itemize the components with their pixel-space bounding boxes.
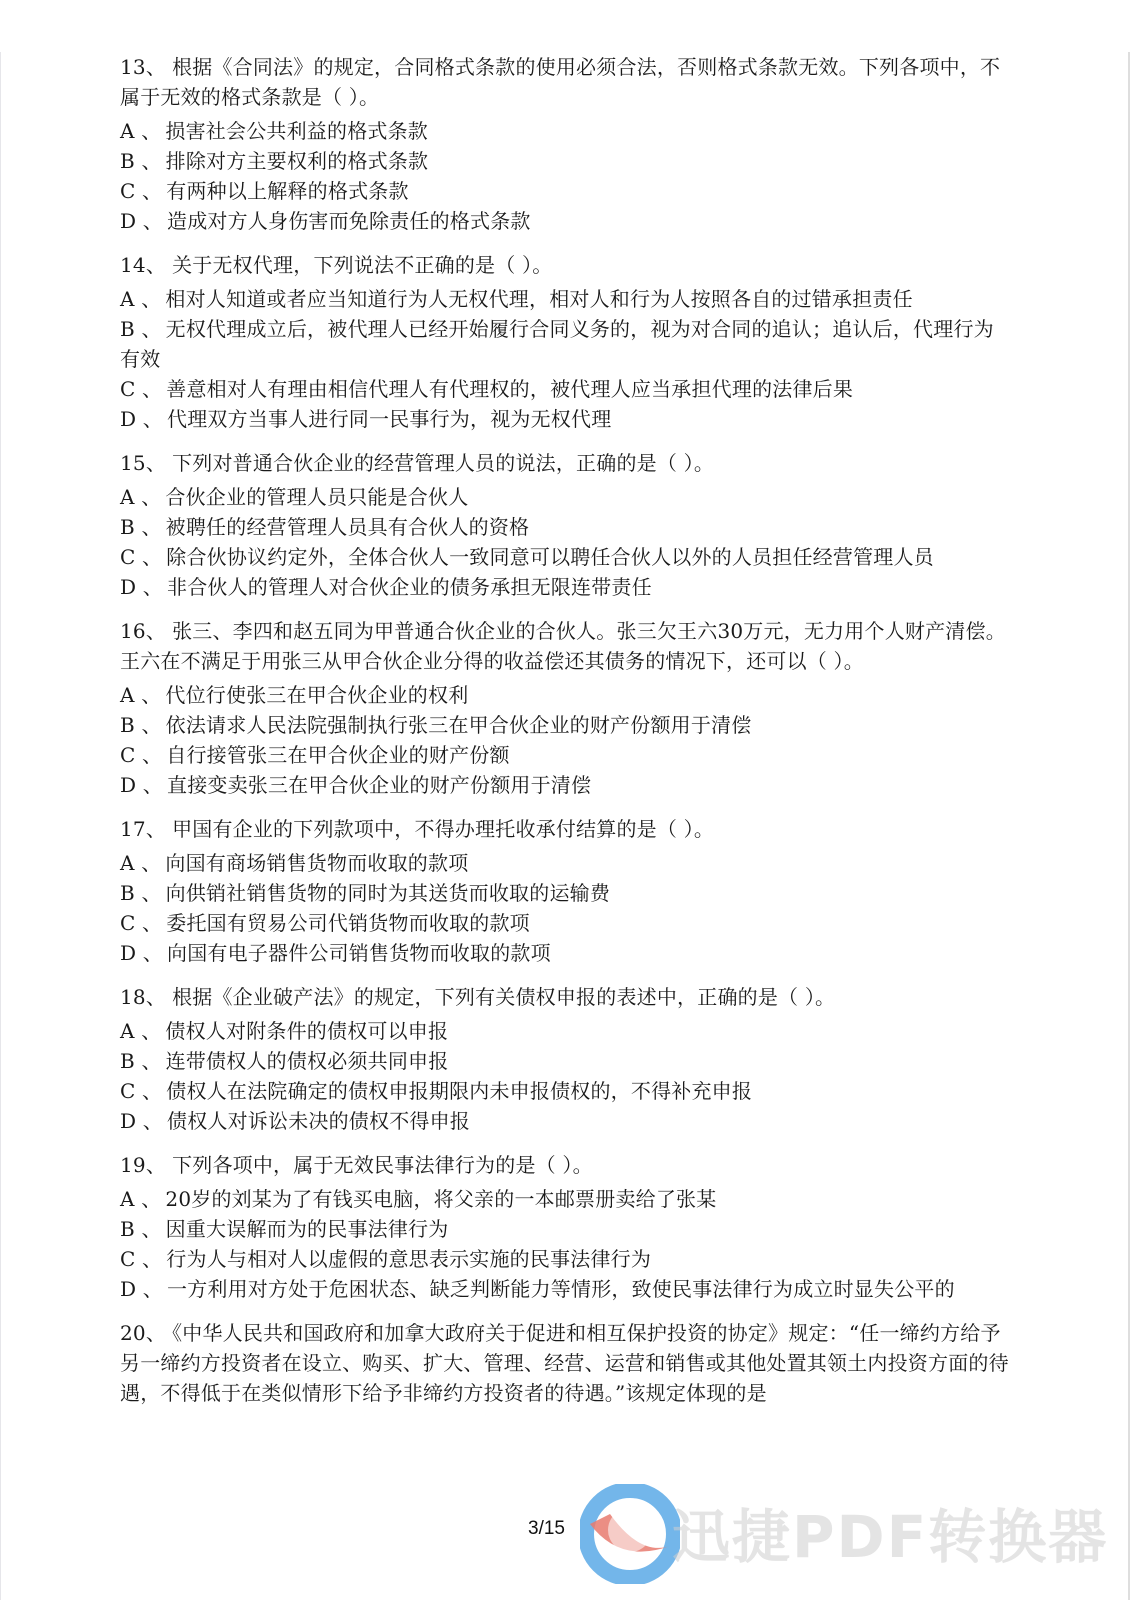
- option-letter: C 、: [120, 908, 162, 938]
- option-text: 相对人知道或者应当知道行为人无权代理，相对人和行为人按照各自的过错承担责任: [165, 287, 912, 311]
- option-letter: D 、: [120, 770, 163, 800]
- option-text: 代位行使张三在甲合伙企业的权利: [165, 683, 468, 707]
- question-number: 13、: [120, 55, 166, 79]
- option-letter: A 、: [120, 116, 161, 146]
- option-letter: B 、: [120, 710, 162, 740]
- question-number: 17、: [120, 817, 166, 841]
- option-letter: D 、: [120, 1274, 163, 1304]
- question-17: 17、甲国有企业的下列款项中，不得办理托收承付结算的是（ ）。 A 、向国有商场…: [120, 814, 1010, 968]
- watermark-text: 迅捷PDF转换器: [672, 1490, 1108, 1574]
- option-b: B 、因重大误解而为的民事法律行为: [120, 1214, 1010, 1244]
- option-letter: D 、: [120, 206, 163, 236]
- option-a: A 、合伙企业的管理人员只能是合伙人: [120, 482, 1010, 512]
- option-b: B 、排除对方主要权利的格式条款: [120, 146, 1010, 176]
- option-letter: C 、: [120, 1244, 162, 1274]
- option-d: D 、直接变卖张三在甲合伙企业的财产份额用于清偿: [120, 770, 1010, 800]
- option-text: 向供销社销售货物的同时为其送货而收取的运输费: [166, 881, 610, 905]
- option-text: 因重大误解而为的民事法律行为: [166, 1217, 449, 1241]
- option-letter: B 、: [120, 314, 162, 344]
- question-20: 20、《中华人民共和国政府和加拿大政府关于促进和相互保护投资的协定》规定：“任一…: [120, 1318, 1010, 1408]
- question-19: 19、下列各项中，属于无效民事法律行为的是（ ）。 A 、20岁的刘某为了有钱买…: [120, 1150, 1010, 1304]
- question-text: 根据《企业破产法》的规定，下列有关债权申报的表述中，正确的是（ ）。: [172, 985, 835, 1009]
- question-stem: 13、根据《合同法》的规定，合同格式条款的使用必须合法，否则格式条款无效。下列各…: [120, 52, 1010, 112]
- question-text: 关于无权代理，下列说法不正确的是（ ）。: [172, 253, 552, 277]
- question-text: 下列对普通合伙企业的经营管理人员的说法，正确的是（ ）。: [172, 451, 714, 475]
- option-text: 债权人对附条件的债权可以申报: [165, 1019, 448, 1043]
- option-text: 除合伙协议约定外，全体合伙人一致同意可以聘任合伙人以外的人员担任经营管理人员: [166, 545, 934, 569]
- question-number: 16、: [120, 619, 166, 643]
- question-stem: 20、《中华人民共和国政府和加拿大政府关于促进和相互保护投资的协定》规定：“任一…: [120, 1318, 1010, 1408]
- option-text: 合伙企业的管理人员只能是合伙人: [165, 485, 468, 509]
- option-text: 被聘任的经营管理人员具有合伙人的资格: [166, 515, 530, 539]
- option-d: D 、向国有电子器件公司销售货物而收取的款项: [120, 938, 1010, 968]
- option-text: 向国有商场销售货物而收取的款项: [165, 851, 468, 875]
- converter-logo-icon: [580, 1484, 680, 1584]
- option-a: A 、代位行使张三在甲合伙企业的权利: [120, 680, 1010, 710]
- option-b: B 、被聘任的经营管理人员具有合伙人的资格: [120, 512, 1010, 542]
- question-text: 张三、李四和赵五同为甲普通合伙企业的合伙人。张三欠王六30万元，无力用个人财产清…: [120, 619, 1006, 673]
- option-letter: D 、: [120, 572, 163, 602]
- option-c: C 、善意相对人有理由相信代理人有代理权的，被代理人应当承担代理的法律后果: [120, 374, 1010, 404]
- option-text: 向国有电子器件公司销售货物而收取的款项: [167, 941, 551, 965]
- question-stem: 15、下列对普通合伙企业的经营管理人员的说法，正确的是（ ）。: [120, 448, 1010, 478]
- option-a: A 、向国有商场销售货物而收取的款项: [120, 848, 1010, 878]
- option-text: 20岁的刘某为了有钱买电脑，将父亲的一本邮票册卖给了张某: [165, 1187, 716, 1211]
- option-c: C 、行为人与相对人以虚假的意思表示实施的民事法律行为: [120, 1244, 1010, 1274]
- question-stem: 16、张三、李四和赵五同为甲普通合伙企业的合伙人。张三欠王六30万元，无力用个人…: [120, 616, 1010, 676]
- option-text: 一方利用对方处于危困状态、缺乏判断能力等情形，致使民事法律行为成立时显失公平的: [167, 1277, 955, 1301]
- option-text: 债权人对诉讼未决的债权不得申报: [167, 1109, 470, 1133]
- option-a: A 、债权人对附条件的债权可以申报: [120, 1016, 1010, 1046]
- page-number: 3/15: [528, 1518, 565, 1540]
- question-14: 14、关于无权代理，下列说法不正确的是（ ）。 A 、相对人知道或者应当知道行为…: [120, 250, 1010, 434]
- option-letter: C 、: [120, 374, 162, 404]
- option-c: C 、有两种以上解释的格式条款: [120, 176, 1010, 206]
- option-c: C 、除合伙协议约定外，全体合伙人一致同意可以聘任合伙人以外的人员担任经营管理人…: [120, 542, 1010, 572]
- question-text: 甲国有企业的下列款项中，不得办理托收承付结算的是（ ）。: [172, 817, 714, 841]
- option-text: 造成对方人身伤害而免除责任的格式条款: [167, 209, 531, 233]
- option-text: 有两种以上解释的格式条款: [166, 179, 408, 203]
- question-number: 19、: [120, 1153, 166, 1177]
- option-text: 连带债权人的债权必须共同申报: [166, 1049, 449, 1073]
- option-d: D 、代理双方当事人进行同一民事行为，视为无权代理: [120, 404, 1010, 434]
- option-text: 排除对方主要权利的格式条款: [166, 149, 429, 173]
- question-text: 《中华人民共和国政府和加拿大政府关于促进和相互保护投资的协定》规定：“任一缔约方…: [120, 1321, 1009, 1405]
- option-letter: C 、: [120, 542, 162, 572]
- question-text: 根据《合同法》的规定，合同格式条款的使用必须合法，否则格式条款无效。下列各项中，…: [120, 55, 1000, 109]
- option-text: 直接变卖张三在甲合伙企业的财产份额用于清偿: [167, 773, 591, 797]
- question-15: 15、下列对普通合伙企业的经营管理人员的说法，正确的是（ ）。 A 、合伙企业的…: [120, 448, 1010, 602]
- question-stem: 17、甲国有企业的下列款项中，不得办理托收承付结算的是（ ）。: [120, 814, 1010, 844]
- option-b: B 、连带债权人的债权必须共同申报: [120, 1046, 1010, 1076]
- question-stem: 19、下列各项中，属于无效民事法律行为的是（ ）。: [120, 1150, 1010, 1180]
- watermark: 迅捷PDF转换器: [560, 1480, 1120, 1590]
- option-text: 非合伙人的管理人对合伙企业的债务承担无限连带责任: [167, 575, 652, 599]
- question-number: 20、: [120, 1321, 166, 1345]
- option-letter: B 、: [120, 146, 162, 176]
- option-b: B 、依法请求人民法院强制执行张三在甲合伙企业的财产份额用于清偿: [120, 710, 1010, 740]
- option-letter: C 、: [120, 176, 162, 206]
- option-letter: B 、: [120, 512, 162, 542]
- option-letter: A 、: [120, 848, 161, 878]
- option-letter: B 、: [120, 1214, 162, 1244]
- option-text: 委托国有贸易公司代销货物而收取的款项: [166, 911, 530, 935]
- option-letter: B 、: [120, 1046, 162, 1076]
- option-c: C 、委托国有贸易公司代销货物而收取的款项: [120, 908, 1010, 938]
- question-text: 下列各项中，属于无效民事法律行为的是（ ）。: [172, 1153, 593, 1177]
- option-text: 善意相对人有理由相信代理人有代理权的，被代理人应当承担代理的法律后果: [166, 377, 853, 401]
- option-a: A 、相对人知道或者应当知道行为人无权代理，相对人和行为人按照各自的过错承担责任: [120, 284, 1010, 314]
- question-stem: 14、关于无权代理，下列说法不正确的是（ ）。: [120, 250, 1010, 280]
- option-letter: A 、: [120, 1016, 161, 1046]
- option-letter: D 、: [120, 938, 163, 968]
- option-a: A 、损害社会公共利益的格式条款: [120, 116, 1010, 146]
- option-letter: C 、: [120, 740, 162, 770]
- option-d: D 、非合伙人的管理人对合伙企业的债务承担无限连带责任: [120, 572, 1010, 602]
- option-d: D 、造成对方人身伤害而免除责任的格式条款: [120, 206, 1010, 236]
- option-a: A 、20岁的刘某为了有钱买电脑，将父亲的一本邮票册卖给了张某: [120, 1184, 1010, 1214]
- option-letter: A 、: [120, 482, 161, 512]
- question-number: 15、: [120, 451, 166, 475]
- option-text: 自行接管张三在甲合伙企业的财产份额: [166, 743, 509, 767]
- option-b: B 、向供销社销售货物的同时为其送货而收取的运输费: [120, 878, 1010, 908]
- option-letter: D 、: [120, 404, 163, 434]
- option-b: B 、无权代理成立后，被代理人已经开始履行合同义务的，视为对合同的追认；追认后，…: [120, 314, 1010, 374]
- option-letter: B 、: [120, 878, 162, 908]
- question-stem: 18、根据《企业破产法》的规定，下列有关债权申报的表述中，正确的是（ ）。: [120, 982, 1010, 1012]
- page-edge-left: [0, 52, 1, 1600]
- option-d: D 、一方利用对方处于危困状态、缺乏判断能力等情形，致使民事法律行为成立时显失公…: [120, 1274, 1010, 1304]
- question-18: 18、根据《企业破产法》的规定，下列有关债权申报的表述中，正确的是（ ）。 A …: [120, 982, 1010, 1136]
- question-number: 14、: [120, 253, 166, 277]
- option-text: 代理双方当事人进行同一民事行为，视为无权代理: [167, 407, 611, 431]
- option-letter: D 、: [120, 1106, 163, 1136]
- option-letter: A 、: [120, 680, 161, 710]
- option-letter: C 、: [120, 1076, 162, 1106]
- option-text: 依法请求人民法院强制执行张三在甲合伙企业的财产份额用于清偿: [166, 713, 752, 737]
- option-c: C 、债权人在法院确定的债权申报期限内未申报债权的，不得补充申报: [120, 1076, 1010, 1106]
- option-text: 债权人在法院确定的债权申报期限内未申报债权的，不得补充申报: [166, 1079, 752, 1103]
- question-16: 16、张三、李四和赵五同为甲普通合伙企业的合伙人。张三欠王六30万元，无力用个人…: [120, 616, 1010, 800]
- option-text: 损害社会公共利益的格式条款: [165, 119, 428, 143]
- option-d: D 、债权人对诉讼未决的债权不得申报: [120, 1106, 1010, 1136]
- question-number: 18、: [120, 985, 166, 1009]
- question-13: 13、根据《合同法》的规定，合同格式条款的使用必须合法，否则格式条款无效。下列各…: [120, 52, 1010, 236]
- option-text: 无权代理成立后，被代理人已经开始履行合同义务的，视为对合同的追认；追认后，代理行…: [120, 317, 994, 371]
- option-letter: A 、: [120, 284, 161, 314]
- option-letter: A 、: [120, 1184, 161, 1214]
- option-text: 行为人与相对人以虚假的意思表示实施的民事法律行为: [166, 1247, 651, 1271]
- option-c: C 、自行接管张三在甲合伙企业的财产份额: [120, 740, 1010, 770]
- document-page: 13、根据《合同法》的规定，合同格式条款的使用必须合法，否则格式条款无效。下列各…: [120, 52, 1010, 1422]
